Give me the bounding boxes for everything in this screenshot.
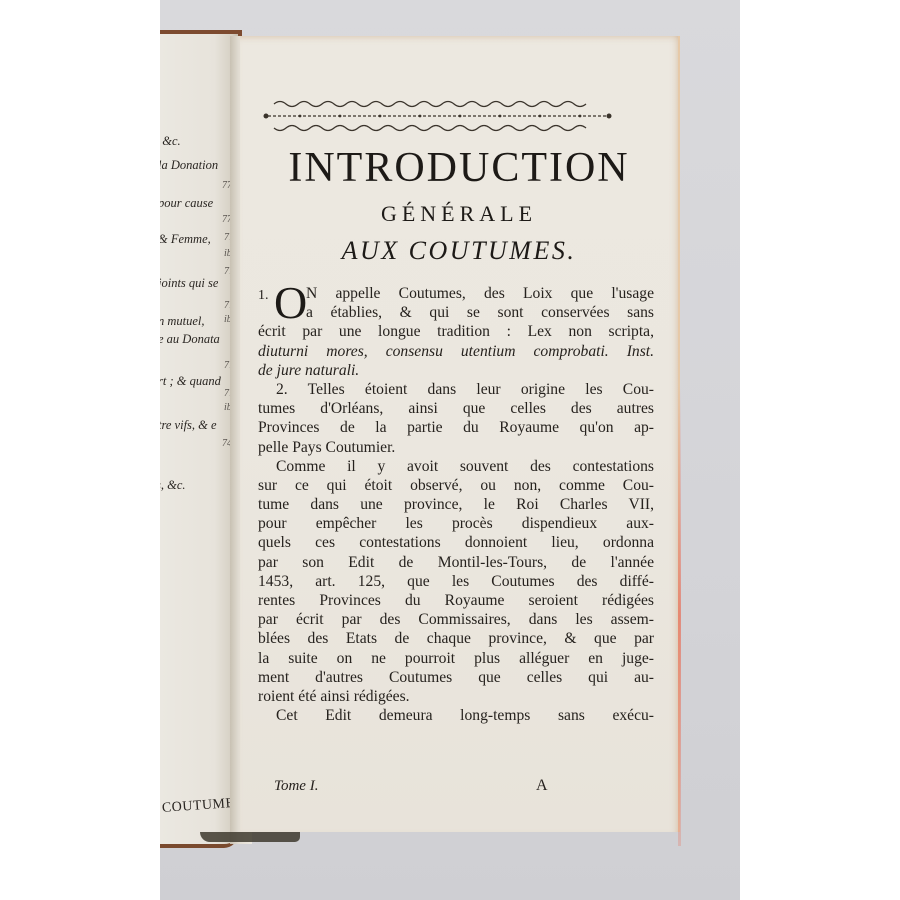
left-page-line: rt ; & quand: [160, 374, 221, 389]
text-line: ment d'autres Coutumes que celles qui au…: [258, 668, 654, 687]
text-line: par écrit par des Commissaires, dans les…: [258, 610, 654, 629]
text-line: Comme il y avoit souvent des contestatio…: [258, 457, 654, 476]
text-line: Provinces de la partie du Royaume qu'on …: [258, 418, 654, 437]
left-page-line: pour cause: [160, 196, 213, 211]
text-line: par son Edit de Montil-les-Tours, de l'a…: [258, 553, 654, 572]
body-text: 1. O N appelle Coutumes, des Loix que l'…: [258, 284, 654, 725]
red-page-edge: [678, 386, 681, 846]
text-line: pour empêcher les procès dispendieux aux…: [258, 514, 654, 533]
text-line: N appelle Coutumes, des Loix que l'usage: [258, 284, 654, 303]
left-page-line: & Femme,: [160, 232, 211, 247]
text-line: 2. Telles étoient dans leur origine les …: [258, 380, 654, 399]
text-line: Cet Edit demeura long-temps sans exécu-: [258, 706, 654, 725]
right-page: INTRODUCTION GÉNÉRALE AUX COUTUMES. 1. O…: [240, 36, 680, 832]
paragraph-3: Comme il y avoit souvent des contestatio…: [258, 457, 654, 706]
page-subtitle: GÉNÉRALE: [240, 201, 678, 227]
signature-mark: A: [536, 777, 548, 795]
paragraph-1: 1. O N appelle Coutumes, des Loix que l'…: [258, 284, 654, 380]
page-subtitle-2: AUX COUTUMES.: [240, 236, 678, 266]
paragraph-2: 2. Telles étoient dans leur origine les …: [258, 380, 654, 457]
paragraph-4: Cet Edit demeura long-temps sans exécu-: [258, 706, 654, 725]
text-line: tumes d'Orléans, ainsi que celles des au…: [258, 399, 654, 418]
text-line: la suite on ne pourroit plus alléguer en…: [258, 649, 654, 668]
text-line: de jure naturali.: [258, 361, 654, 380]
paragraph-number: 1.: [258, 286, 269, 305]
text-line: rentes Provinces du Royaume seroient réd…: [258, 591, 654, 610]
left-page-line: n mutuel,: [160, 314, 205, 329]
left-page-line: , &c.: [160, 134, 181, 149]
page-title: INTRODUCTION: [240, 144, 678, 192]
text-line: écrit par une longue tradition : Lex non…: [258, 322, 654, 341]
text-line: tume dans une province, le Roi Charles V…: [258, 495, 654, 514]
text-line: roient été ainsi rédigées.: [258, 687, 654, 706]
left-page-line: s, &c.: [160, 478, 186, 493]
book-bottom-edge: [200, 832, 300, 842]
text-line: pelle Pays Coutumier.: [258, 438, 654, 457]
text-line: quels ces contestations donnoient lieu, …: [258, 533, 654, 552]
left-page-line: la Donation: [160, 158, 218, 173]
left-page-line: tre vifs, & e: [160, 418, 217, 433]
left-page-line: e au Donata: [160, 332, 220, 347]
drop-cap: O: [274, 280, 307, 326]
text-line: 1453, art. 125, que les Coutumes des dif…: [258, 572, 654, 591]
text-line: a établies, & qui se sont conservées san…: [258, 303, 654, 322]
left-page-line: joints qui se: [160, 276, 218, 291]
text-line: sur ce qui étoit observé, ou non, comme …: [258, 476, 654, 495]
left-page: , &c. la Donation pour cause & Femme, jo…: [160, 34, 238, 848]
text-line: diuturni mores, consensu utentium compro…: [258, 342, 654, 361]
text-line: blées des Etats de chaque province, & qu…: [258, 629, 654, 648]
book-photo: , &c. la Donation pour cause & Femme, jo…: [160, 0, 740, 900]
volume-label: Tome I.: [274, 778, 318, 795]
headpiece-ornament-icon: [260, 96, 615, 136]
